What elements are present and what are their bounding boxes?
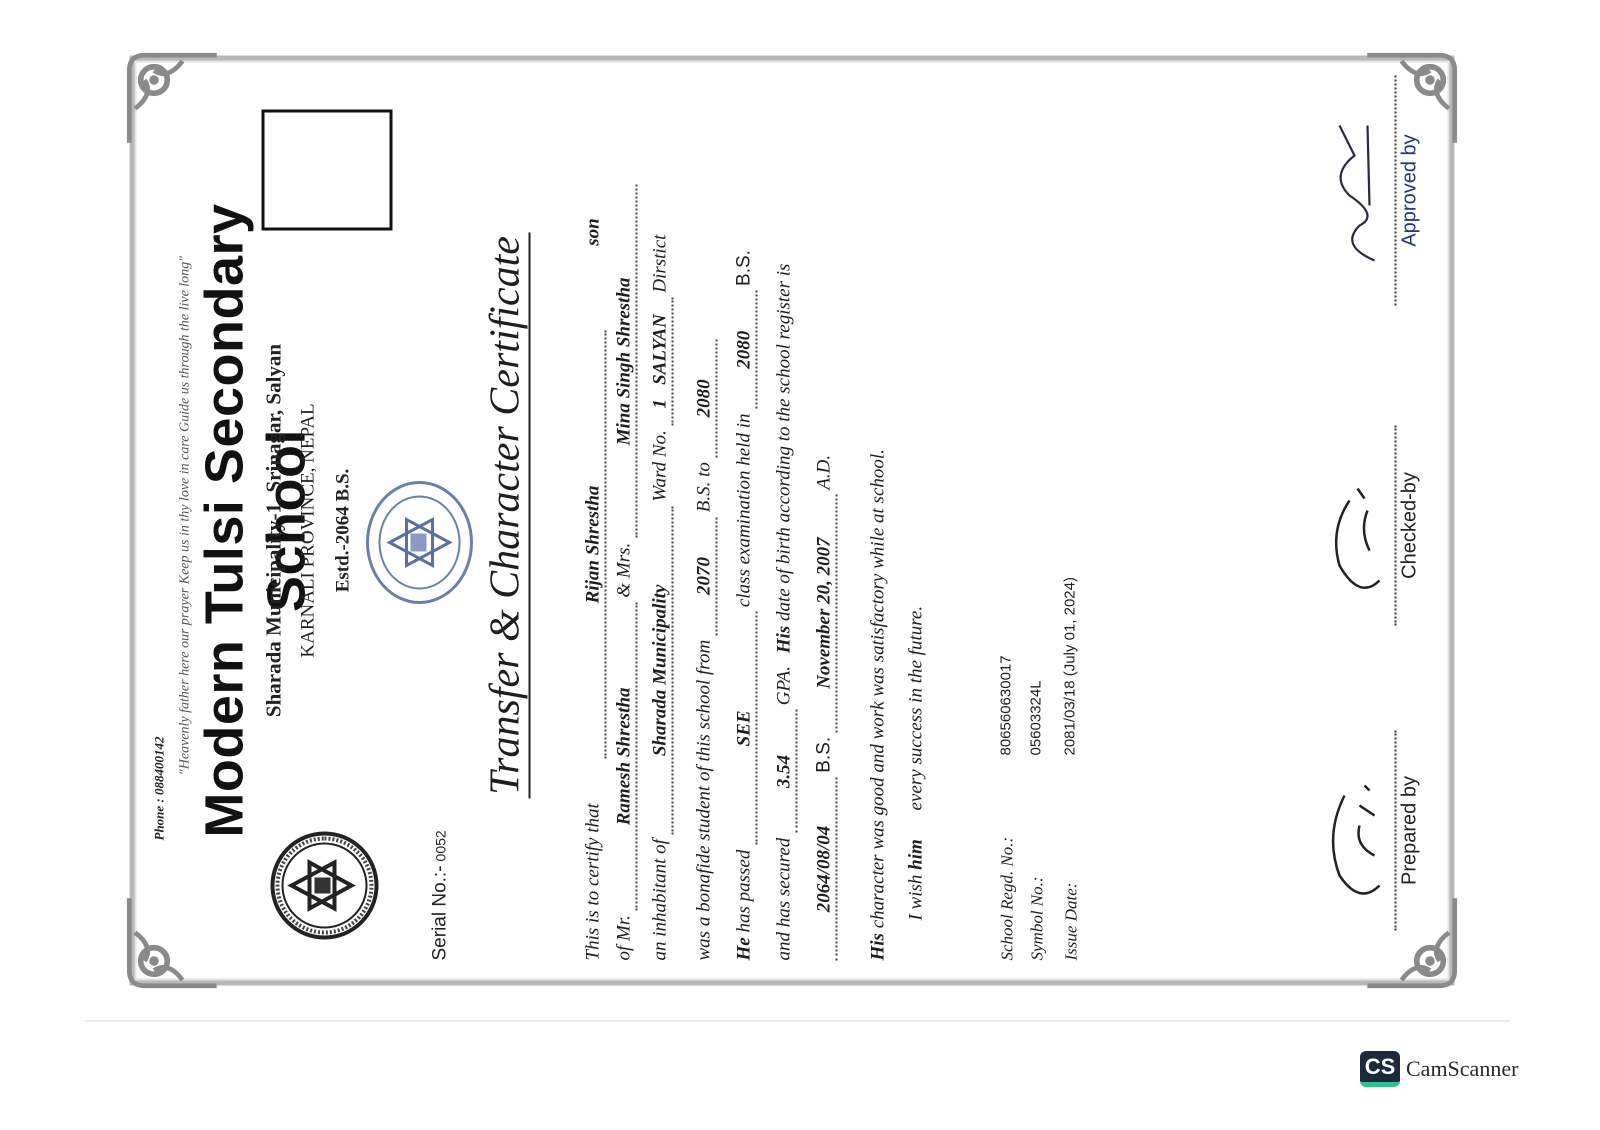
signature-icon — [1320, 441, 1390, 611]
district: 1 SALYAN — [650, 297, 674, 425]
father-name: Ramesh Shrestha — [614, 602, 638, 910]
municipality: Sharada Municipality — [650, 506, 674, 834]
signature-icon — [1320, 106, 1390, 276]
ornament-corner-icon — [126, 52, 221, 147]
school-seal-stamp-icon — [365, 478, 475, 608]
body-line-1: This is to certify that Rijan Shrestha s… — [583, 218, 607, 960]
checked-by-signature: Checked-by — [1320, 426, 1422, 626]
body-line-2: of Mr. Ramesh Shrestha & Mrs. Mina Singh… — [614, 185, 638, 961]
school-motto: "Heavenly father here our prayer Keep us… — [178, 156, 194, 876]
prepared-by-signature: Prepared by — [1320, 731, 1422, 931]
approved-by-signature: Approved by — [1320, 76, 1422, 306]
exam-name: SEE — [734, 612, 758, 845]
ornament-corner-icon — [126, 895, 221, 990]
wish-line: I wish him every success in the future. — [906, 606, 928, 921]
regd-value: 806560630017 — [998, 655, 1015, 755]
school-established: Estd.-2064 B.S. — [333, 251, 355, 811]
school-phone: Phone : 088400142 — [152, 737, 168, 841]
exam-year: 2080 — [734, 291, 758, 409]
signature-icon — [1320, 746, 1390, 916]
body-line-7: 2064/08/04 B.S. November 20, 2007 A.D. — [814, 455, 838, 961]
serial-value: 0052 — [433, 830, 449, 861]
to-year: 2080 — [694, 339, 718, 457]
photo-box — [262, 110, 393, 231]
body-line-3: an inhabitant of Sharada Municipality Wa… — [650, 235, 674, 961]
school-logo-icon — [270, 831, 380, 941]
camscanner-watermark: CS CamScanner — [1360, 1051, 1518, 1087]
gpa-value: 3.54 — [774, 710, 798, 833]
mother-name: Mina Singh Shrestha — [614, 185, 638, 538]
dob-ad: November 20, 2007 — [814, 494, 838, 732]
scan-divider — [85, 1020, 1510, 1022]
from-year: 2070 — [694, 517, 718, 635]
issue-value: 2081/03/18 (July 01, 2024) — [1062, 577, 1079, 755]
camscanner-brand: CamScanner — [1406, 1056, 1518, 1082]
symbol-value: 05603324L — [1028, 680, 1045, 755]
school-address: Sharada Municipality-1, Srinagar, Salyan — [262, 251, 287, 811]
student-name: Rijan Shrestha — [583, 330, 607, 758]
dob-bs: 2064/08/04 — [814, 778, 838, 961]
certificate-title: Transfer & Character Certificate — [482, 206, 530, 826]
body-line-6: and has secured 3.54 GPA. His date of bi… — [774, 264, 798, 961]
body-line-5: He has passed SEE class examination held… — [734, 250, 758, 960]
camscanner-logo-icon: CS — [1360, 1051, 1400, 1087]
issue-row: Issue Date: 2081/03/18 (July 01, 2024) — [1062, 883, 1082, 961]
school-province: KARNALI PROVINCE, NEPAL — [298, 251, 320, 811]
regd-row: School Regd. No.: 806560630017 — [998, 837, 1018, 961]
body-line-4: was a bonafide student of this school fr… — [694, 339, 718, 960]
symbol-row: Symbol No.: 05603324L — [1028, 876, 1048, 960]
serial-number: Serial No.:-0052 — [430, 830, 452, 960]
certificate-page: Phone : 088400142 "Heavenly father here … — [130, 56, 1455, 986]
character-line: His character was good and work was sati… — [868, 449, 890, 960]
